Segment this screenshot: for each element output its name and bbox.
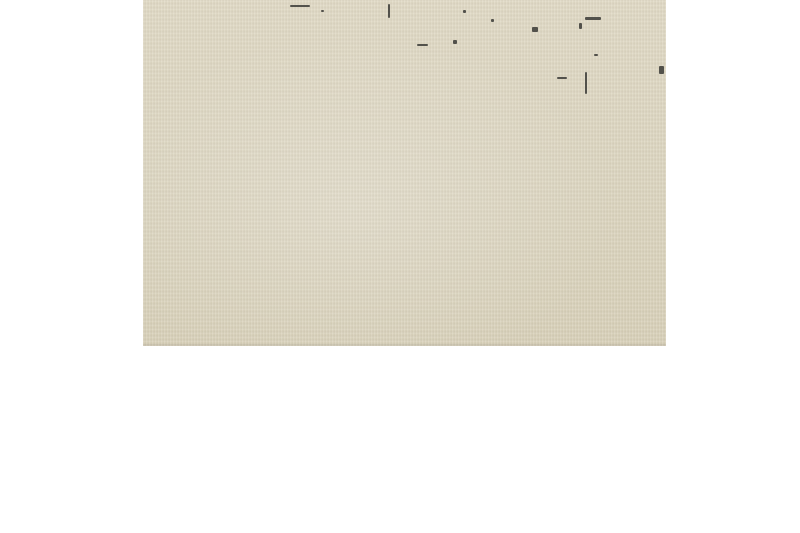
- distress-mark: [417, 44, 428, 46]
- distress-mark: [453, 40, 457, 44]
- distress-mark: [321, 10, 324, 12]
- distress-mark: [585, 72, 587, 94]
- distress-mark: [585, 17, 601, 20]
- distress-mark: [594, 54, 598, 56]
- distress-mark: [659, 66, 664, 74]
- distress-mark: [491, 19, 494, 22]
- distress-mark: [557, 77, 567, 79]
- rug-photo: [143, 0, 666, 346]
- distress-mark: [532, 27, 538, 32]
- distress-mark: [290, 5, 310, 7]
- distress-mark: [579, 23, 582, 29]
- distress-mark: [388, 4, 390, 18]
- distress-mark: [463, 10, 466, 13]
